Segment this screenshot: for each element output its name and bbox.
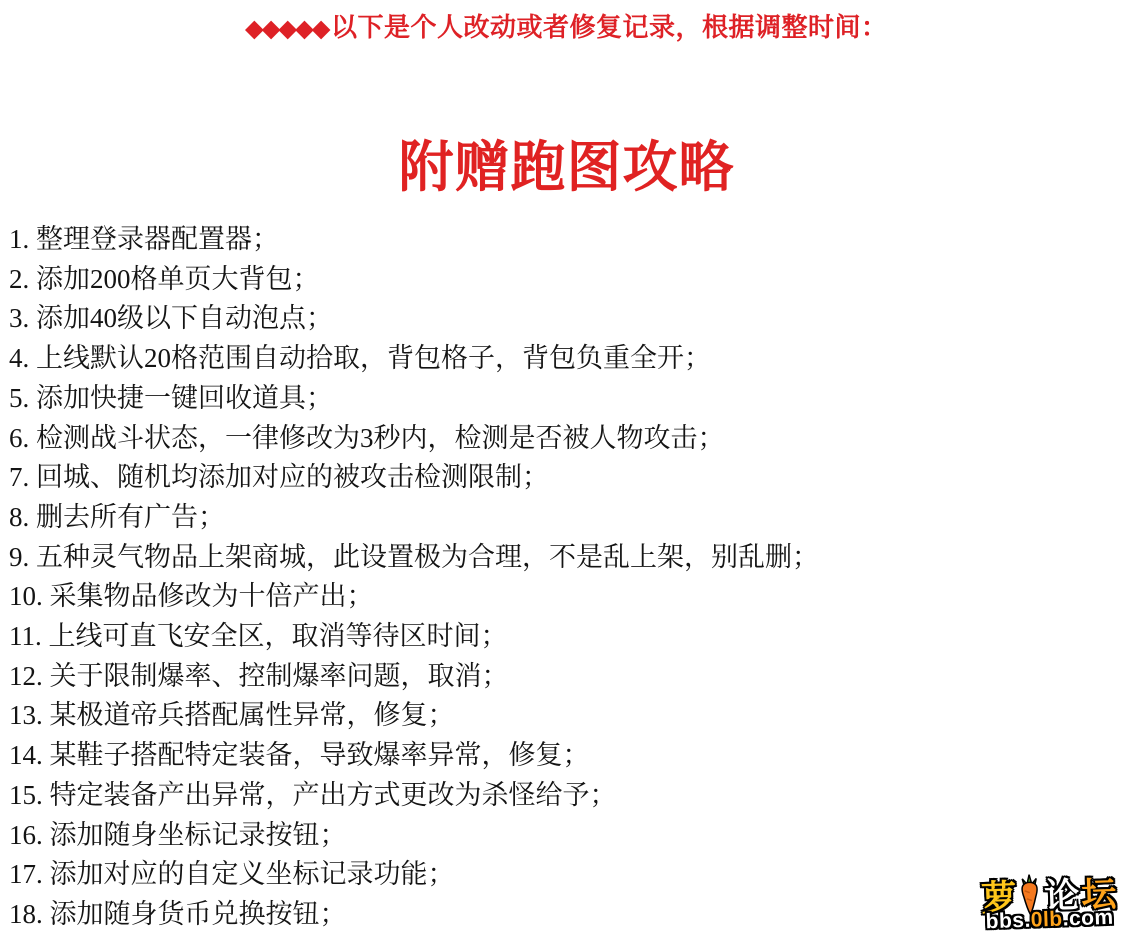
page-title: 附赠跑图攻略 <box>0 123 1133 202</box>
header-note: ◆◆◆◆◆以下是个人改动或者修复记录，根据调整时间： <box>0 7 1133 44</box>
page: ◆◆◆◆◆以下是个人改动或者修复记录，根据调整时间： 附赠跑图攻略 1. 整理登… <box>0 0 1133 934</box>
list-item: 10. 采集物品修改为十倍产出； <box>9 577 1129 617</box>
list-item: 6. 检测战斗状态，一律修改为3秒内，检测是否被人物攻击； <box>9 419 1129 459</box>
list-item: 14. 某鞋子搭配特定装备，导致爆率异常，修复； <box>9 736 1129 776</box>
list-item: 12. 关于限制爆率、控制爆率问题，取消； <box>9 657 1129 697</box>
forum-watermark-logo: 萝 论 坛 bbs.0lb.com <box>966 869 1132 933</box>
list-item: 9. 五种灵气物品上架商城，此设置极为合理，不是乱上架，别乱删； <box>9 538 1129 578</box>
list-item: 16. 添加随身坐标记录按钮； <box>9 816 1129 856</box>
header-note-text: 以下是个人改动或者修复记录，根据调整时间： <box>331 12 888 42</box>
list-item: 1. 整理登录器配置器； <box>9 220 1129 260</box>
diamond-bullets-icon: ◆◆◆◆◆ <box>246 15 329 41</box>
watermark-url-bbs: bbs. <box>985 909 1031 934</box>
list-item: 5. 添加快捷一键回收道具； <box>9 379 1129 419</box>
changelog-list: 1. 整理登录器配置器；2. 添加200格单页大背包；3. 添加40级以下自动泡… <box>9 220 1129 934</box>
list-item: 8. 删去所有广告； <box>9 498 1129 538</box>
watermark-url-com: .com <box>1062 906 1114 931</box>
watermark-url: bbs.0lb.com <box>967 906 1132 933</box>
list-item: 17. 添加对应的自定义坐标记录功能； <box>9 855 1129 895</box>
list-item: 18. 添加随身货币兑换按钮； <box>9 895 1129 934</box>
list-item: 4. 上线默认20格范围自动拾取，背包格子，背包负重全开； <box>9 339 1129 379</box>
list-item: 7. 回城、随机均添加对应的被攻击检测限制； <box>9 458 1129 498</box>
list-item: 15. 特定装备产出异常，产出方式更改为杀怪给予； <box>9 776 1129 816</box>
list-item: 11. 上线可直飞安全区，取消等待区时间； <box>9 617 1129 657</box>
list-item: 13. 某极道帝兵搭配属性异常，修复； <box>9 696 1129 736</box>
list-item: 2. 添加200格单页大背包； <box>9 260 1129 300</box>
list-item: 3. 添加40级以下自动泡点； <box>9 299 1129 339</box>
watermark-url-0lb: 0lb <box>1030 908 1063 932</box>
